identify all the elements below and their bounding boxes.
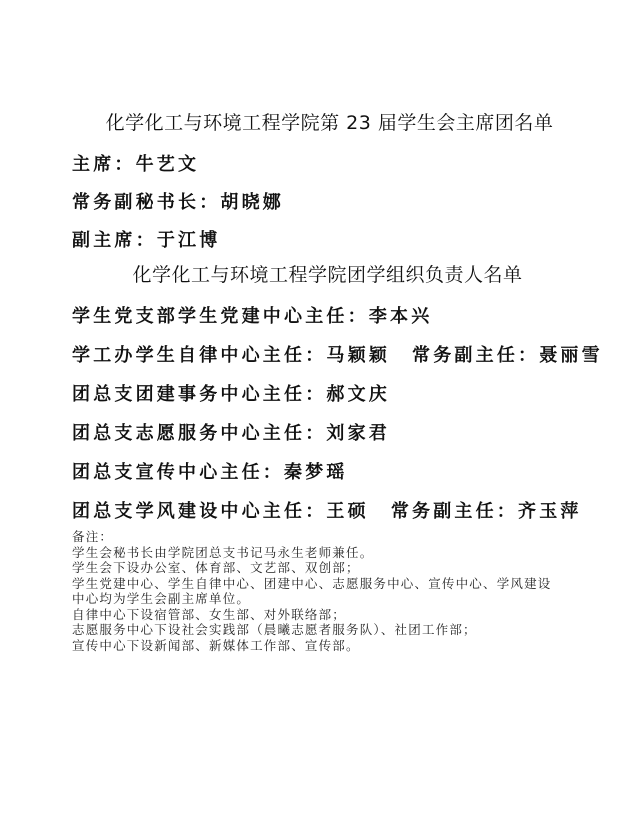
role-label: 副主席： xyxy=(72,230,157,251)
leader-row: 学生党支部学生党建中心主任：李本兴 xyxy=(72,302,432,328)
role-label-secondary: 常务副主任： xyxy=(412,345,539,366)
role-label: 团总支学风建设中心主任： xyxy=(72,501,326,522)
person-name: 胡晓娜 xyxy=(220,192,284,213)
note-line: 中心均为学生会副主席单位。 xyxy=(72,591,592,607)
person-name: 王硕 xyxy=(326,501,368,522)
notes-heading: 备注： xyxy=(72,529,592,545)
role-label: 团总支志愿服务中心主任： xyxy=(72,423,326,444)
role-label: 学生党支部学生党建中心主任： xyxy=(72,306,369,327)
leader-row: 团总支团建事务中心主任：郝文庆 xyxy=(72,380,390,406)
person-name: 刘家君 xyxy=(326,423,390,444)
person-name: 李本兴 xyxy=(369,306,433,327)
person-name-secondary: 聂丽雪 xyxy=(539,345,603,366)
second-title: 化学化工与环境工程学院团学组织负责人名单 xyxy=(8,260,639,287)
note-line: 志愿服务中心下设社会实践部（晨曦志愿者服务队）、社团工作部； xyxy=(72,622,592,638)
notes-section: 备注： 学生会秘书长由学院团总支书记马永生老师兼任。 学生会下设办公室、体育部、… xyxy=(72,529,592,653)
person-name: 牛艺文 xyxy=(136,154,200,175)
main-title: 化学化工与环境工程学院第 23 届学生会主席团名单 xyxy=(10,108,639,135)
role-label-secondary: 常务副主任： xyxy=(391,501,518,522)
document-page: 化学化工与环境工程学院第 23 届学生会主席团名单 主席：牛艺文 常务副秘书长：… xyxy=(0,0,639,822)
person-name: 秦梦瑶 xyxy=(284,462,348,483)
note-line: 宣传中心下设新闻部、新媒体工作部、宣传部。 xyxy=(72,638,592,654)
leader-row: 团总支志愿服务中心主任：刘家君 xyxy=(72,419,390,445)
role-label: 学工办学生自律中心主任： xyxy=(72,345,326,366)
person-name: 马颖颖 xyxy=(326,345,390,366)
leader-row: 团总支宣传中心主任：秦梦瑶 xyxy=(72,458,348,484)
note-line: 学生党建中心、学生自律中心、团建中心、志愿服务中心、宣传中心、学风建设 xyxy=(72,576,592,592)
role-label: 常务副秘书长： xyxy=(72,192,220,213)
presidium-deputy-secretary: 常务副秘书长：胡晓娜 xyxy=(72,188,284,214)
presidium-vice-chairman: 副主席：于江博 xyxy=(72,226,220,252)
note-line: 自律中心下设宿管部、女生部、对外联络部； xyxy=(72,607,592,623)
note-line: 学生会下设办公室、体育部、文艺部、双创部； xyxy=(72,560,592,576)
note-line: 学生会秘书长由学院团总支书记马永生老师兼任。 xyxy=(72,545,592,561)
person-name: 于江博 xyxy=(157,230,221,251)
presidium-chairman: 主席：牛艺文 xyxy=(72,150,199,176)
leader-row: 团总支学风建设中心主任：王硕常务副主任：齐玉萍 xyxy=(72,497,582,523)
role-label: 团总支团建事务中心主任： xyxy=(72,384,326,405)
person-name-secondary: 齐玉萍 xyxy=(518,501,582,522)
role-label: 主席： xyxy=(72,154,136,175)
role-label: 团总支宣传中心主任： xyxy=(72,462,284,483)
leader-row: 学工办学生自律中心主任：马颖颖常务副主任：聂丽雪 xyxy=(72,341,603,367)
person-name: 郝文庆 xyxy=(326,384,390,405)
